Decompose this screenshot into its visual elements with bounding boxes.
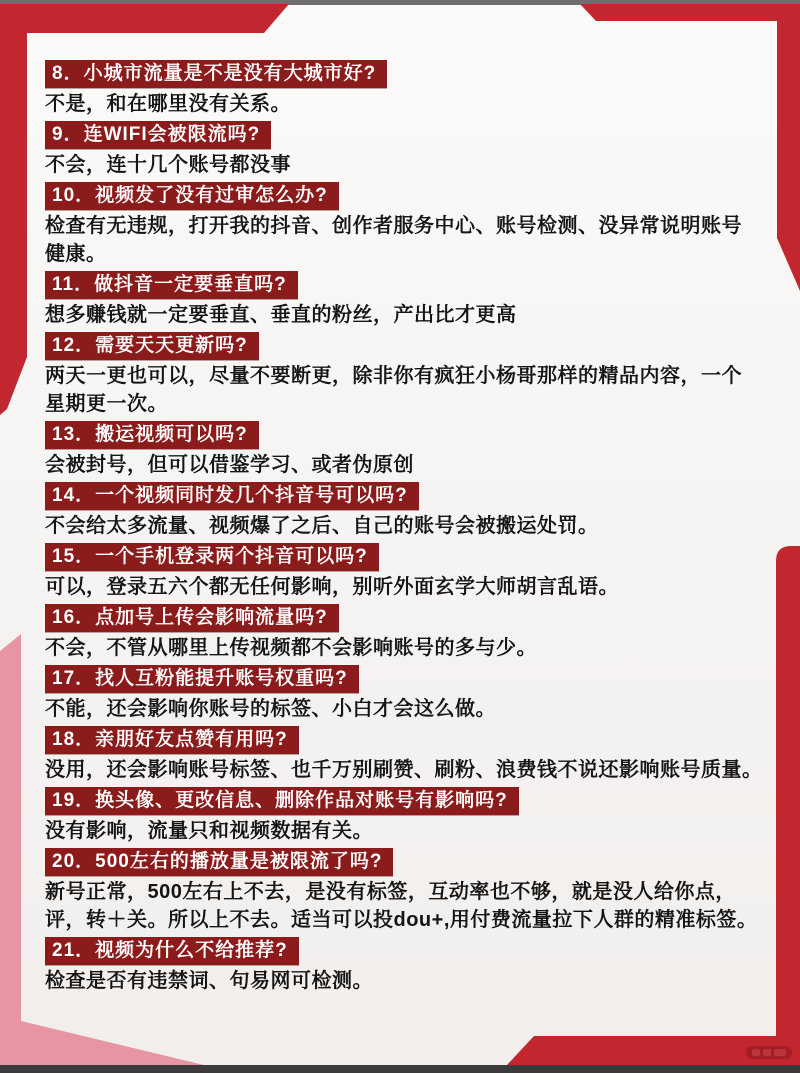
answer-text: 想多赚钱就一定要垂直、垂直的粉丝，产出比才更高 bbox=[45, 301, 777, 329]
qa-item: 12．需要天天更新吗? 两天一更也可以，尽量不要断更，除非你有疯狂小杨哥那样的精… bbox=[45, 332, 777, 418]
question-header: 16．点加号上传会影响流量吗? bbox=[45, 604, 339, 632]
answer-line: 星期更一次。 bbox=[45, 390, 777, 418]
question-label: 10．视频发了没有过审怎么办? bbox=[52, 185, 328, 206]
question-header: 12．需要天天更新吗? bbox=[45, 332, 259, 360]
bottom-dark-bar bbox=[0, 1065, 800, 1073]
question-label: 12．需要天天更新吗? bbox=[52, 335, 248, 356]
question-header: 15．一个手机登录两个抖音可以吗? bbox=[45, 543, 379, 571]
answer-line: 想多赚钱就一定要垂直、垂直的粉丝，产出比才更高 bbox=[45, 301, 777, 329]
question-label: 21．视频为什么不给推荐? bbox=[52, 940, 288, 961]
answer-line: 健康。 bbox=[45, 240, 777, 268]
answer-line: 评，转＋关。所以上不去。适当可以投dou+,用付费流量拉下人群的精准标签。 bbox=[45, 906, 777, 934]
answer-text: 新号正常，500左右上不去，是没有标签，互动率也不够，就是没人给你点，评，转＋关… bbox=[45, 878, 777, 934]
answer-line: 检查有无违规，打开我的抖音、创作者服务中心、账号检测、没异常说明账号 bbox=[45, 212, 777, 240]
answer-text: 不能，还会影响你账号的标签、小白才会这么做。 bbox=[45, 695, 777, 723]
qa-item: 9．连WIFI会被限流吗? 不会，连十几个账号都没事 bbox=[45, 121, 777, 179]
answer-text: 会被封号，但可以借鉴学习、或者伪原创 bbox=[45, 451, 777, 479]
question-header: 10．视频发了没有过审怎么办? bbox=[45, 182, 339, 210]
answer-line: 会被封号，但可以借鉴学习、或者伪原创 bbox=[45, 451, 777, 479]
answer-line: 不能，还会影响你账号的标签、小白才会这么做。 bbox=[45, 695, 777, 723]
answer-text: 没有影响，流量只和视频数据有关。 bbox=[45, 817, 777, 845]
question-header: 17．找人互粉能提升账号权重吗? bbox=[45, 665, 359, 693]
question-header: 11．做抖音一定要垂直吗? bbox=[45, 271, 298, 299]
answer-text: 可以，登录五六个都无任何影响，别听外面玄学大师胡言乱语。 bbox=[45, 573, 777, 601]
answer-text: 不是，和在哪里没有关系。 bbox=[45, 90, 777, 118]
question-header: 20．500左右的播放量是被限流了吗? bbox=[45, 848, 393, 876]
qa-item: 13．搬运视频可以吗? 会被封号，但可以借鉴学习、或者伪原创 bbox=[45, 421, 777, 479]
question-label: 11．做抖音一定要垂直吗? bbox=[52, 274, 287, 295]
answer-text: 检查是否有违禁词、句易网可检测。 bbox=[45, 967, 777, 995]
answer-text: 检查有无违规，打开我的抖音、创作者服务中心、账号检测、没异常说明账号健康。 bbox=[45, 212, 777, 268]
question-label: 8．小城市流量是不是没有大城市好? bbox=[52, 63, 376, 84]
answer-line: 没用，还会影响账号标签、也千万别刷赞、刷粉、浪费钱不说还影响账号质量。 bbox=[45, 756, 777, 784]
qa-item: 8．小城市流量是不是没有大城市好? 不是，和在哪里没有关系。 bbox=[45, 60, 777, 118]
question-header: 9．连WIFI会被限流吗? bbox=[45, 121, 271, 149]
answer-line: 可以，登录五六个都无任何影响，别听外面玄学大师胡言乱语。 bbox=[45, 573, 777, 601]
qa-item: 10．视频发了没有过审怎么办? 检查有无违规，打开我的抖音、创作者服务中心、账号… bbox=[45, 182, 777, 268]
qa-item: 19．换头像、更改信息、删除作品对账号有影响吗? 没有影响，流量只和视频数据有关… bbox=[45, 787, 777, 845]
qa-item: 20．500左右的播放量是被限流了吗? 新号正常，500左右上不去，是没有标签，… bbox=[45, 848, 777, 934]
question-header: 14．一个视频同时发几个抖音号可以吗? bbox=[45, 482, 419, 510]
question-label: 19．换头像、更改信息、删除作品对账号有影响吗? bbox=[52, 790, 508, 811]
watermark-badge bbox=[746, 1046, 792, 1059]
qa-item: 21．视频为什么不给推荐? 检查是否有违禁词、句易网可检测。 bbox=[45, 937, 777, 995]
question-label: 16．点加号上传会影响流量吗? bbox=[52, 607, 328, 628]
question-label: 20．500左右的播放量是被限流了吗? bbox=[52, 851, 382, 872]
question-header: 18．亲朋好友点赞有用吗? bbox=[45, 726, 299, 754]
answer-line: 不会给太多流量、视频爆了之后、自己的账号会被搬运处罚。 bbox=[45, 512, 777, 540]
qa-item: 18．亲朋好友点赞有用吗? 没用，还会影响账号标签、也千万别刷赞、刷粉、浪费钱不… bbox=[45, 726, 777, 784]
answer-line: 检查是否有违禁词、句易网可检测。 bbox=[45, 967, 777, 995]
qa-item: 15．一个手机登录两个抖音可以吗? 可以，登录五六个都无任何影响，别听外面玄学大… bbox=[45, 543, 777, 601]
question-label: 9．连WIFI会被限流吗? bbox=[52, 124, 260, 145]
answer-text: 没用，还会影响账号标签、也千万别刷赞、刷粉、浪费钱不说还影响账号质量。 bbox=[45, 756, 777, 784]
question-header: 13．搬运视频可以吗? bbox=[45, 421, 259, 449]
qa-item: 16．点加号上传会影响流量吗? 不会，不管从哪里上传视频都不会影响账号的多与少。 bbox=[45, 604, 777, 662]
answer-line: 新号正常，500左右上不去，是没有标签，互动率也不够，就是没人给你点， bbox=[45, 878, 777, 906]
qa-item: 17．找人互粉能提升账号权重吗? 不能，还会影响你账号的标签、小白才会这么做。 bbox=[45, 665, 777, 723]
question-label: 14．一个视频同时发几个抖音号可以吗? bbox=[52, 485, 408, 506]
answer-text: 不会给太多流量、视频爆了之后、自己的账号会被搬运处罚。 bbox=[45, 512, 777, 540]
top-gray-bar bbox=[0, 0, 800, 5]
question-label: 18．亲朋好友点赞有用吗? bbox=[52, 729, 288, 750]
answer-text: 两天一更也可以，尽量不要断更，除非你有疯狂小杨哥那样的精品内容，一个星期更一次。 bbox=[45, 362, 777, 418]
question-label: 15．一个手机登录两个抖音可以吗? bbox=[52, 546, 368, 567]
answer-text: 不会，连十几个账号都没事 bbox=[45, 151, 777, 179]
qa-list: 8．小城市流量是不是没有大城市好? 不是，和在哪里没有关系。 9．连WIFI会被… bbox=[45, 60, 777, 998]
answer-text: 不会，不管从哪里上传视频都不会影响账号的多与少。 bbox=[45, 634, 777, 662]
qa-item: 14．一个视频同时发几个抖音号可以吗? 不会给太多流量、视频爆了之后、自己的账号… bbox=[45, 482, 777, 540]
qa-sheet: { "colors": { "frame_red": "#c2262e", "a… bbox=[0, 0, 800, 1073]
question-header: 19．换头像、更改信息、删除作品对账号有影响吗? bbox=[45, 787, 519, 815]
answer-line: 两天一更也可以，尽量不要断更，除非你有疯狂小杨哥那样的精品内容，一个 bbox=[45, 362, 777, 390]
answer-line: 不是，和在哪里没有关系。 bbox=[45, 90, 777, 118]
question-label: 13．搬运视频可以吗? bbox=[52, 424, 248, 445]
question-header: 21．视频为什么不给推荐? bbox=[45, 937, 299, 965]
answer-line: 没有影响，流量只和视频数据有关。 bbox=[45, 817, 777, 845]
qa-item: 11．做抖音一定要垂直吗? 想多赚钱就一定要垂直、垂直的粉丝，产出比才更高 bbox=[45, 271, 777, 329]
question-header: 8．小城市流量是不是没有大城市好? bbox=[45, 60, 387, 88]
answer-line: 不会，连十几个账号都没事 bbox=[45, 151, 777, 179]
question-label: 17．找人互粉能提升账号权重吗? bbox=[52, 668, 348, 689]
answer-line: 不会，不管从哪里上传视频都不会影响账号的多与少。 bbox=[45, 634, 777, 662]
